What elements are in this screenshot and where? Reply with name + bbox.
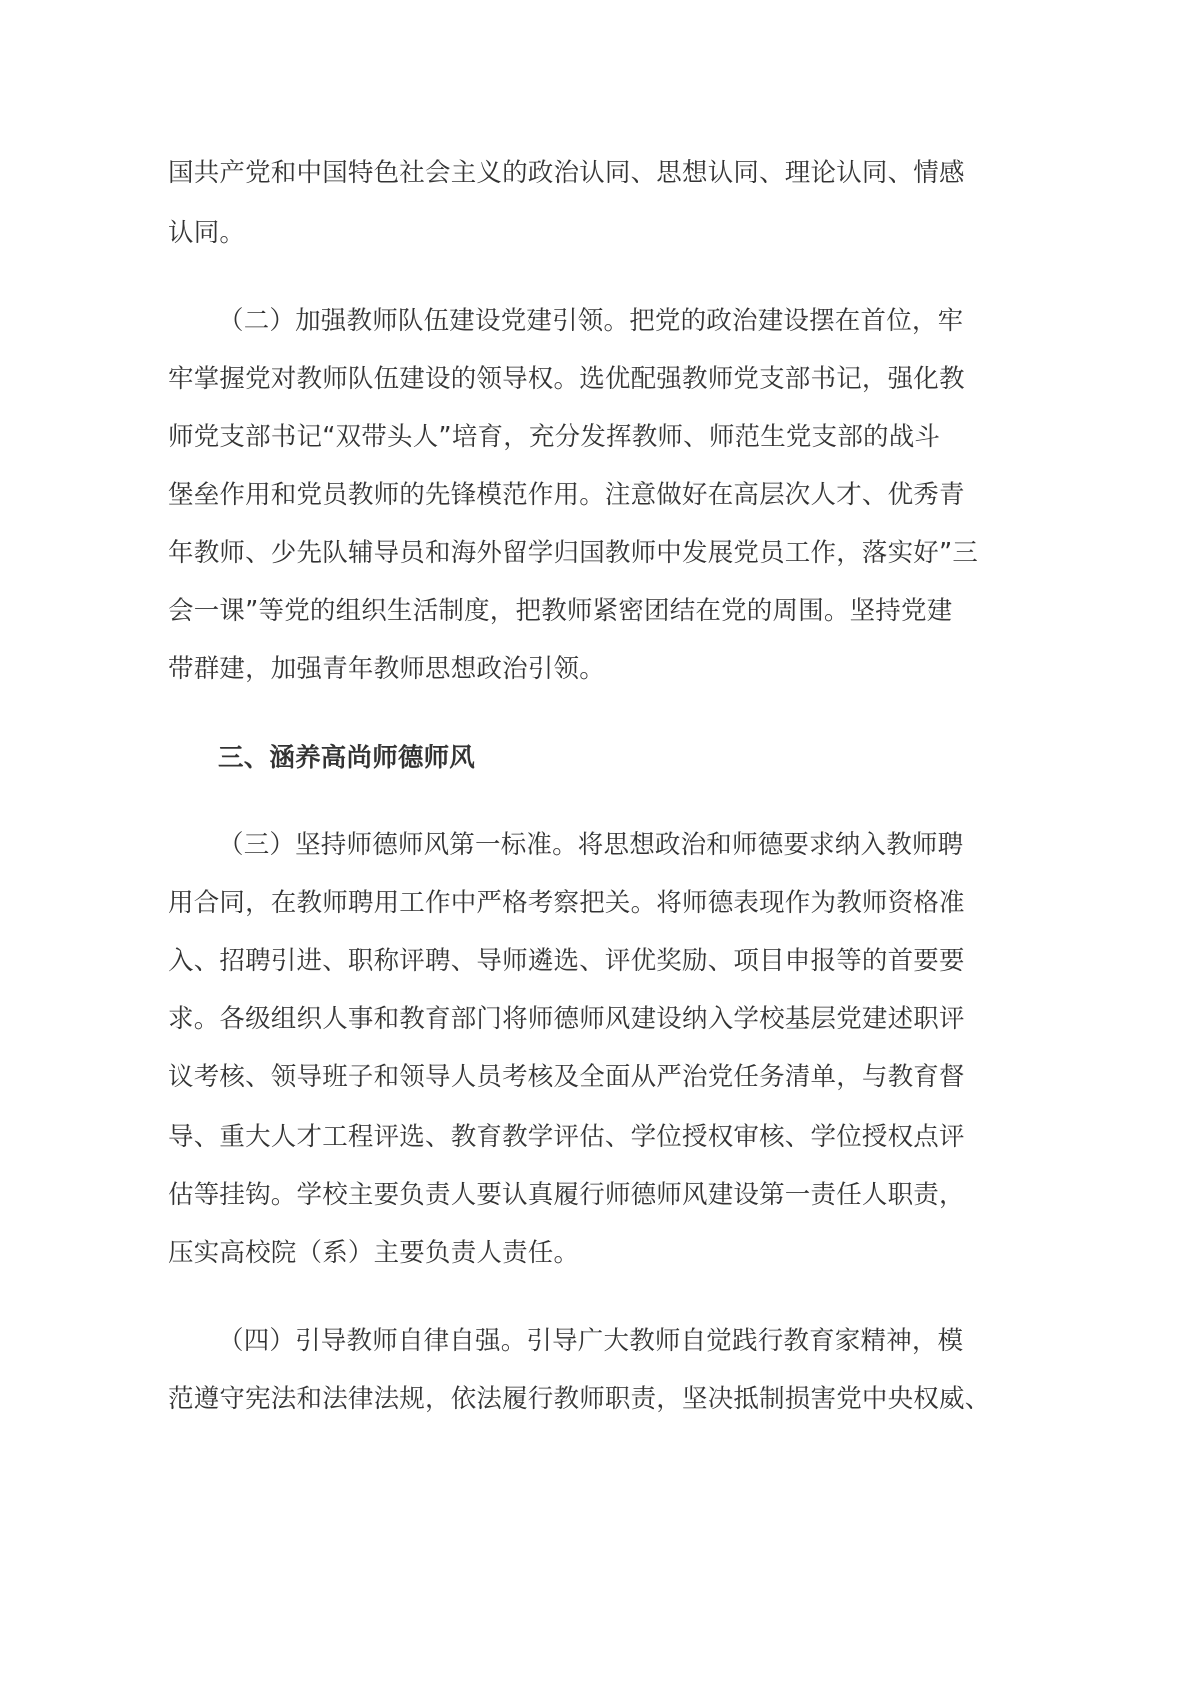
paragraph-line: 议考核、领导班子和领导人员考核及全面从严治党任务清单，与教育督 bbox=[168, 1057, 943, 1097]
section-heading: 三、涵养高尚师德师风 bbox=[218, 738, 993, 778]
paragraph-line: 会一课”等党的组织生活制度，把教师紧密团结在党的周围。坚持党建 bbox=[168, 591, 943, 631]
paragraph-line: （三）坚持师德师风第一标准。将思想政治和师德要求纳入教师聘 bbox=[218, 825, 993, 865]
paragraph-line: 求。各级组织人事和教育部门将师德师风建设纳入学校基层党建述职评 bbox=[168, 999, 943, 1039]
paragraph-line: 估等挂钩。学校主要负责人要认真履行师德师风建设第一责任人职责， bbox=[168, 1175, 943, 1215]
paragraph-line: 年教师、少先队辅导员和海外留学归国教师中发展党员工作，落实好”三 bbox=[168, 533, 943, 573]
paragraph-line: 堡垒作用和党员教师的先锋模范作用。注意做好在高层次人才、优秀青 bbox=[168, 475, 943, 515]
document-page: 国共产党和中国特色社会主义的政治认同、思想认同、理论认同、情感 认同。 （二）加… bbox=[0, 0, 1191, 1684]
paragraph-line: 国共产党和中国特色社会主义的政治认同、思想认同、理论认同、情感 bbox=[168, 153, 943, 193]
paragraph-line: 带群建，加强青年教师思想政治引领。 bbox=[168, 649, 943, 689]
paragraph-line: 认同。 bbox=[168, 213, 943, 253]
paragraph-line: 师党支部书记“双带头人”培育，充分发挥教师、师范生党支部的战斗 bbox=[168, 417, 943, 457]
paragraph-line: 入、招聘引进、职称评聘、导师遴选、评优奖励、项目申报等的首要要 bbox=[168, 941, 943, 981]
paragraph-line: （四）引导教师自律自强。引导广大教师自觉践行教育家精神，模 bbox=[218, 1321, 993, 1361]
paragraph-line: 牢掌握党对教师队伍建设的领导权。选优配强教师党支部书记，强化教 bbox=[168, 359, 943, 399]
paragraph-line: 压实高校院（系）主要负责人责任。 bbox=[168, 1233, 943, 1273]
paragraph-line: 用合同，在教师聘用工作中严格考察把关。将师德表现作为教师资格准 bbox=[168, 883, 943, 923]
paragraph-line: 导、重大人才工程评选、教育教学评估、学位授权审核、学位授权点评 bbox=[168, 1117, 943, 1157]
paragraph-line: （二）加强教师队伍建设党建引领。把党的政治建设摆在首位，牢 bbox=[218, 301, 993, 341]
paragraph-line: 范遵守宪法和法律法规，依法履行教师职责，坚决抵制损害党中央权威、 bbox=[168, 1379, 943, 1419]
